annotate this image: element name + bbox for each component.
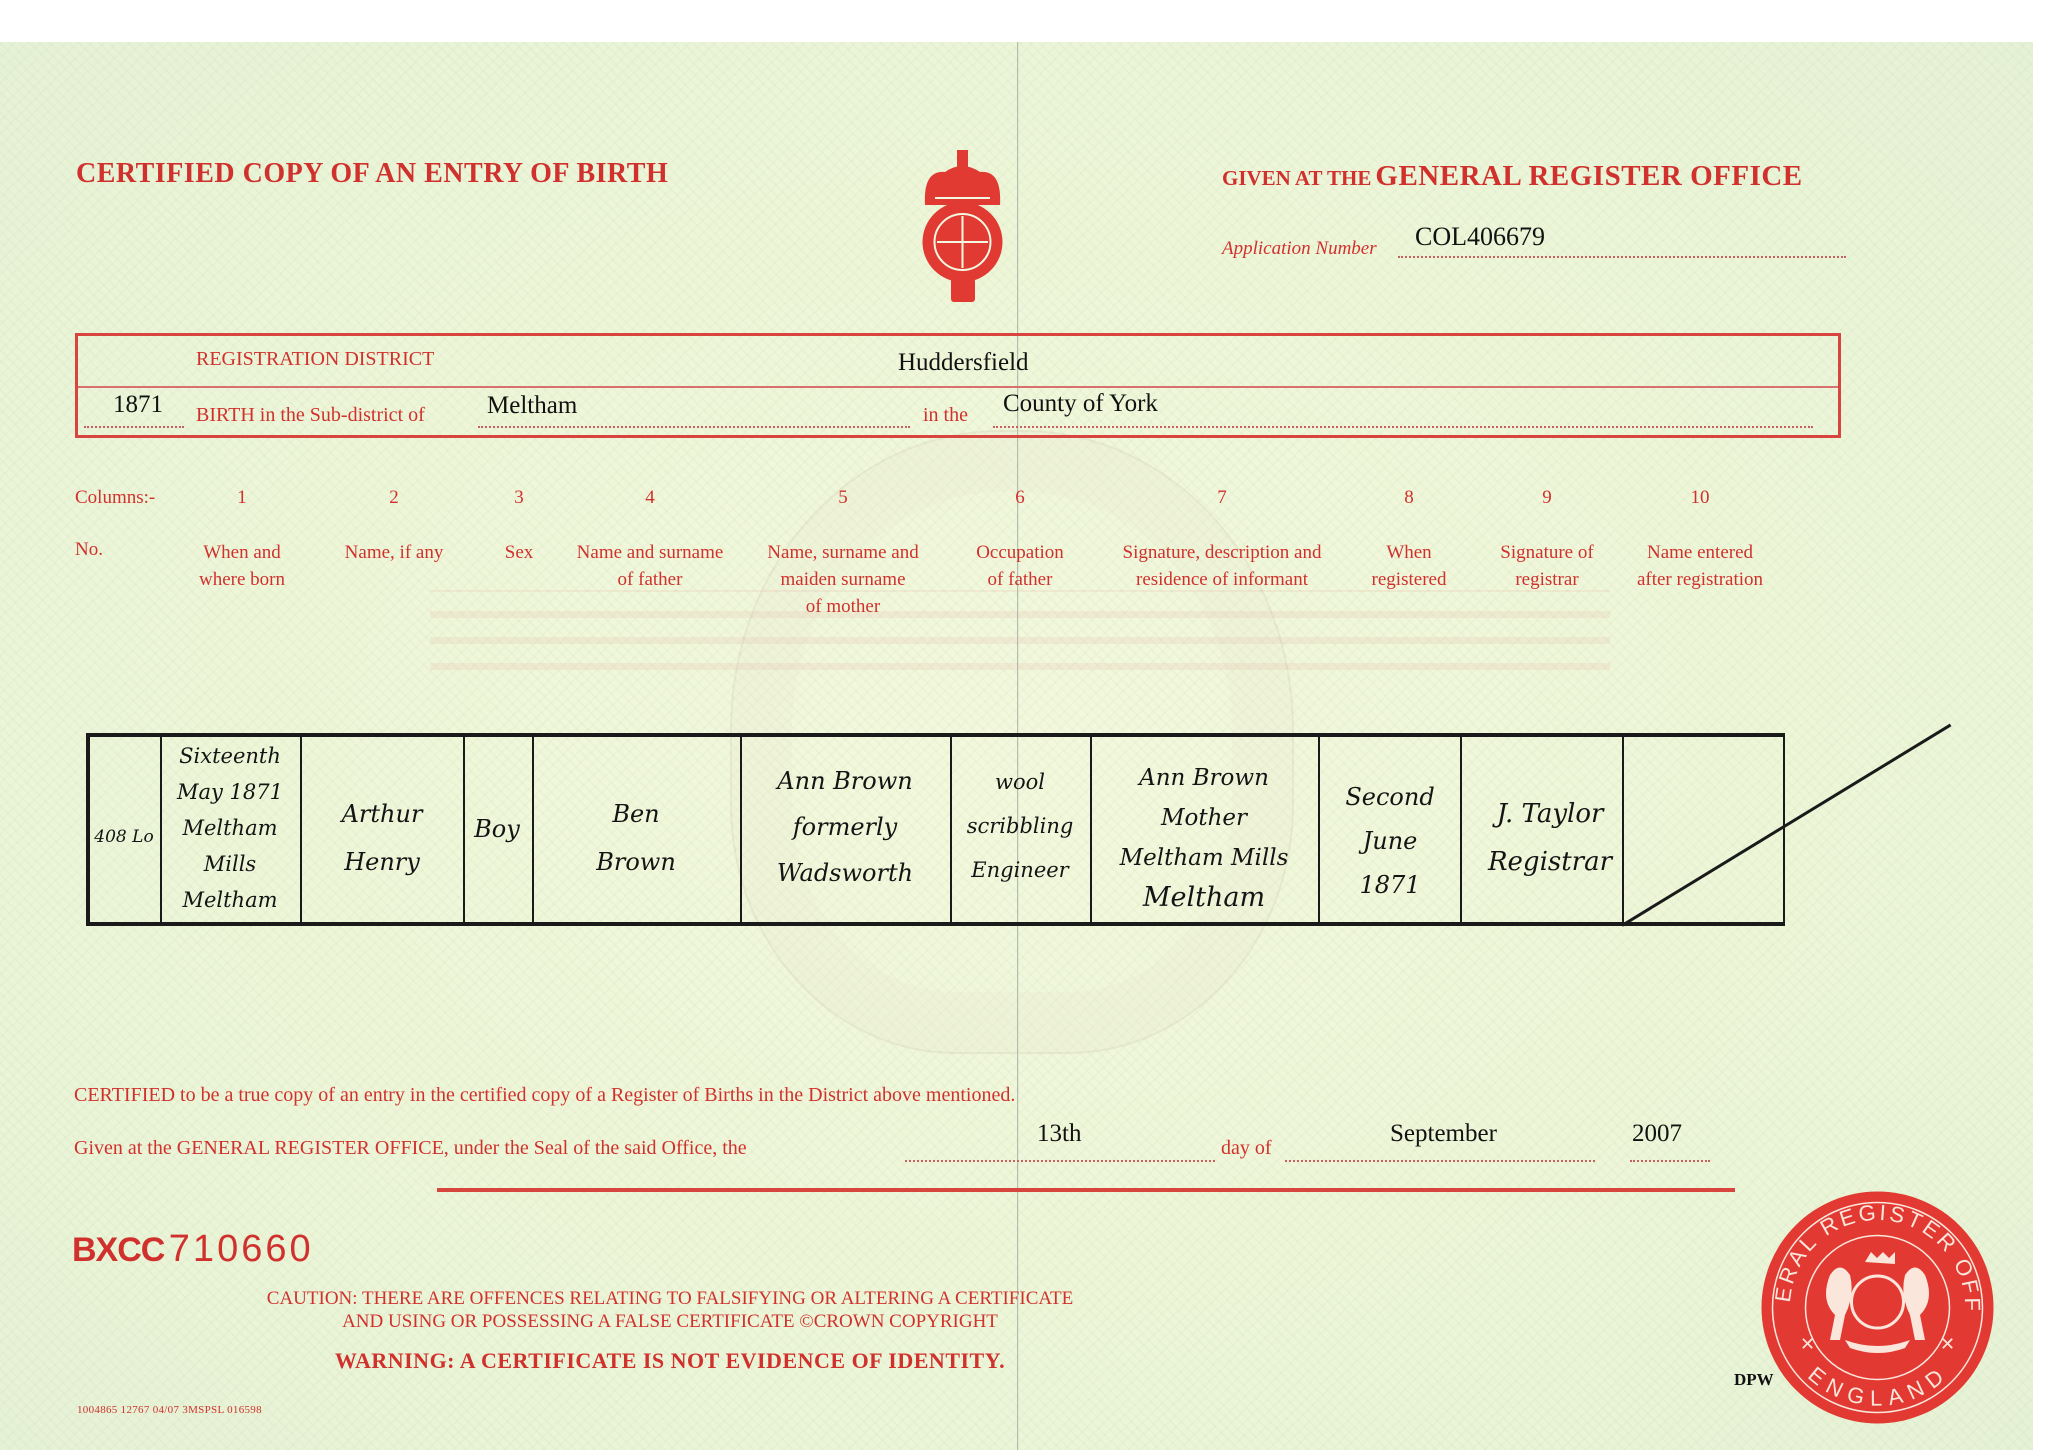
entry-sex: Boy (474, 812, 520, 846)
entry-father: Ben Brown (596, 790, 676, 886)
heading-line: residence of informant (1123, 566, 1322, 593)
column-heading-informant: Signature, description and residence of … (1123, 539, 1322, 593)
caution-line: CAUTION: THERE ARE OFFENCES RELATING TO … (0, 1287, 1340, 1310)
caution-line: AND USING OR POSSESSING A FALSE CERTIFIC… (0, 1310, 1340, 1333)
svg-text:✕: ✕ (1800, 1334, 1815, 1355)
handwritten-line: Meltham (177, 810, 283, 846)
entry-mother: Ann Brown formerly Wadsworth (777, 758, 913, 896)
column-number-3: 3 (514, 487, 524, 509)
heading-line: after registration (1637, 566, 1763, 593)
application-number-label: Application Number (1222, 238, 1377, 260)
entry-column-divider (300, 733, 302, 926)
handwritten-line: Meltham Mills (1120, 838, 1289, 878)
application-number-value: COL406679 (1415, 222, 1545, 252)
certification-year: 2007 (1632, 1120, 1682, 1148)
handwritten-line: Wadsworth (777, 850, 913, 896)
given-under-seal-statement: Given at the GENERAL REGISTER OFFICE, un… (74, 1137, 747, 1160)
entry-column-divider (532, 733, 534, 926)
given-at-prefix: GIVEN AT THE (1222, 166, 1371, 190)
handwritten-line: J. Taylor (1488, 790, 1612, 838)
handwritten-line: 1871 (1345, 863, 1434, 907)
issuer-initials: DPW (1734, 1370, 1774, 1390)
registration-box: REGISTRATION DISTRICT Huddersfield 1871 … (75, 333, 1841, 438)
entry-column-divider (1318, 733, 1320, 926)
heading-line: Name, surname and (767, 539, 918, 566)
entry-number: 408 Lo (94, 820, 153, 854)
handwritten-line: Ann Brown (777, 758, 913, 804)
column-number-4: 4 (645, 487, 655, 509)
year-dotted-line (1630, 1160, 1710, 1162)
entry-border-left (86, 733, 90, 926)
heading-line: Name entered (1637, 539, 1763, 566)
registration-district-label: REGISTRATION DISTRICT (196, 348, 434, 371)
heading-line: Signature of (1500, 539, 1593, 566)
heading-line: When and (199, 539, 285, 566)
entry-when-where-born: Sixteenth May 1871 Meltham Mills Meltham (177, 738, 283, 918)
handwritten-line: Engineer (967, 848, 1074, 892)
sub-district-value: Meltham (487, 392, 577, 420)
handwritten-line: June (1345, 819, 1434, 863)
given-at-office: GENERAL REGISTER OFFICE (1375, 160, 1802, 192)
heading-line: Signature, description and (1123, 539, 1322, 566)
application-number-line (1398, 256, 1846, 258)
heading-line: registered (1372, 566, 1447, 593)
handwritten-line: May 1871 (177, 774, 283, 810)
column-number-7: 7 (1217, 487, 1227, 509)
handwritten-line: Mother (1120, 798, 1289, 838)
column-heading-occupation: Occupation of father (976, 539, 1064, 593)
identity-warning: WARNING: A CERTIFICATE IS NOT EVIDENCE O… (0, 1348, 1340, 1374)
heading-line: of mother (767, 593, 918, 620)
serial-prefix: BXCC (72, 1231, 164, 1269)
column-number-5: 5 (838, 487, 848, 509)
sub-district-label: BIRTH in the Sub-district of (196, 404, 425, 427)
day-dotted-line (905, 1160, 1215, 1162)
heading-line: Name and surname (577, 539, 724, 566)
handwritten-line: Brown (596, 838, 676, 886)
column-number-9: 9 (1542, 487, 1552, 509)
handwritten-line: Sixteenth (177, 738, 283, 774)
serial-number: 710660 (169, 1228, 314, 1270)
in-the-label: in the (923, 404, 968, 427)
handwritten-line: Ann Brown (1120, 758, 1289, 798)
column-heading-registrar: Signature of registrar (1500, 539, 1593, 593)
birth-year: 1871 (113, 391, 163, 419)
column-heading-name: Name, if any (345, 539, 444, 566)
heading-line: Sex (505, 539, 534, 566)
day-of-label: day of (1221, 1137, 1272, 1160)
print-code: 1004865 12767 04/07 3MSPSL 016598 (77, 1404, 262, 1416)
entry-name: Arthur Henry (342, 790, 423, 886)
show-through-print (430, 590, 1610, 670)
handwritten-line: Mills (177, 846, 283, 882)
heading-line: of father (976, 566, 1064, 593)
handwritten-line: Ben (596, 790, 676, 838)
column-heading-mother: Name, surname and maiden surname of moth… (767, 539, 918, 620)
registration-divider (78, 386, 1838, 388)
entry-registrar: J. Taylor Registrar (1488, 790, 1612, 886)
column-heading-when-where-born: When and where born (199, 539, 285, 593)
handwritten-line: formerly (777, 804, 913, 850)
certified-statement: CERTIFIED to be a true copy of an entry … (74, 1084, 1015, 1107)
handwritten-line: Second (1345, 775, 1434, 819)
certification-day: 13th (1037, 1120, 1081, 1148)
heading-line: When (1372, 539, 1447, 566)
handwritten-line: Meltham (1120, 878, 1289, 918)
entry-column-divider (160, 733, 162, 926)
column-heading-name-after-registration: Name entered after registration (1637, 539, 1763, 593)
heading-line: where born (199, 566, 285, 593)
heading-line: Occupation (976, 539, 1064, 566)
county-value: County of York (1003, 390, 1158, 418)
sub-district-dotted-line (478, 426, 910, 428)
column-number-10: 10 (1691, 487, 1710, 509)
handwritten-line: Henry (342, 838, 423, 886)
royal-crest-icon (915, 150, 1010, 305)
column-number-6: 6 (1015, 487, 1025, 509)
caution-notice: CAUTION: THERE ARE OFFENCES RELATING TO … (0, 1287, 1340, 1333)
column-number-8: 8 (1404, 487, 1414, 509)
column-heading-sex: Sex (505, 539, 534, 566)
certificate-serial: BXCC 710660 (72, 1228, 314, 1271)
heading-line: of father (577, 566, 724, 593)
column-number-2: 2 (389, 487, 399, 509)
registration-district-value: Huddersfield (898, 349, 1029, 377)
heading-line: Name, if any (345, 539, 444, 566)
heading-line: maiden surname (767, 566, 918, 593)
entry-column-divider (950, 733, 952, 926)
column-heading-father: Name and surname of father (577, 539, 724, 593)
heading-line: registrar (1500, 566, 1593, 593)
entry-occupation: wool scribbling Engineer (967, 760, 1074, 892)
handwritten-line: Registrar (1488, 838, 1612, 886)
given-at-heading: GIVEN AT THE GENERAL REGISTER OFFICE (1222, 160, 1803, 193)
column-number-1: 1 (237, 487, 247, 509)
entry-column-divider (740, 733, 742, 926)
general-register-office-seal-icon: GENERAL REGISTER OFFICE ENGLAND ✕ ✕ (1760, 1190, 1995, 1425)
entry-column-divider (1090, 733, 1092, 926)
county-dotted-line (993, 426, 1813, 428)
entry-column-divider (1622, 733, 1624, 926)
red-rule (437, 1188, 1735, 1192)
svg-text:✕: ✕ (1940, 1334, 1955, 1355)
entry-informant: Ann Brown Mother Meltham Mills Meltham (1120, 758, 1289, 918)
certification-month: September (1390, 1120, 1497, 1148)
year-dotted-line (84, 426, 184, 428)
certificate-title: CERTIFIED COPY OF AN ENTRY OF BIRTH (76, 158, 668, 190)
entry-border-right (1783, 733, 1785, 926)
handwritten-line: wool (967, 760, 1074, 804)
handwritten-line: Meltham (177, 882, 283, 918)
month-dotted-line (1285, 1160, 1595, 1162)
handwritten-line: scribbling (967, 804, 1074, 848)
entry-column-divider (463, 733, 465, 926)
columns-label: Columns:- (75, 487, 155, 509)
handwritten-line: Arthur (342, 790, 423, 838)
entry-when-registered: Second June 1871 (1345, 775, 1434, 907)
entry-column-divider (1460, 733, 1462, 926)
column-heading-when-registered: When registered (1372, 539, 1447, 593)
no-column-heading: No. (75, 539, 103, 561)
